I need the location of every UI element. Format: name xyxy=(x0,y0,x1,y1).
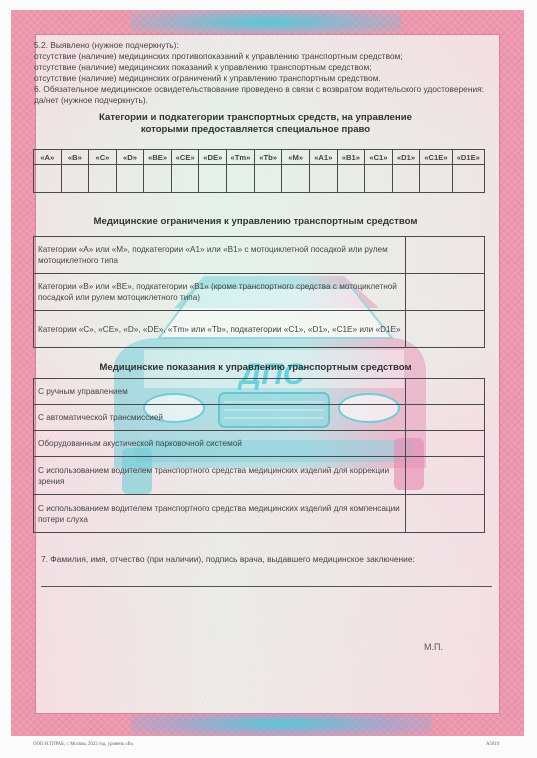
indications-label: С использованием водителем транспортного… xyxy=(34,495,406,533)
category-header: «B1» xyxy=(337,150,365,165)
category-header: «D» xyxy=(116,150,144,165)
category-cell[interactable] xyxy=(254,165,282,193)
category-header: «B» xyxy=(61,150,89,165)
restrictions-value-cell[interactable] xyxy=(405,311,484,348)
restrictions-table: Категории «A» или «M», подкатегории «A1»… xyxy=(33,236,485,348)
category-header: «Tb» xyxy=(254,150,282,165)
categories-title-line2: которыми предоставляется специальное пра… xyxy=(24,124,487,136)
indications-title: Медицинские показания к управлению транс… xyxy=(24,362,487,374)
section-7-text: 7. Фамилия, имя, отчество (при наличии),… xyxy=(41,554,415,565)
indications-value-cell[interactable] xyxy=(405,379,484,405)
category-cell[interactable] xyxy=(420,165,452,193)
restrictions-value-cell[interactable] xyxy=(405,274,484,311)
printer-imprint: ООО Н.ТПРАБ, г. Москва, 2022 год, уровен… xyxy=(33,742,134,747)
restrictions-row: Категории «B» или «BE», подкатегории «B1… xyxy=(34,274,485,311)
category-cell[interactable] xyxy=(337,165,365,193)
medical-certificate-page: 5.2. Выявлено (нужное подчеркнуть): отсу… xyxy=(24,24,487,702)
indications-value-cell[interactable] xyxy=(405,495,484,533)
indications-value-cell[interactable] xyxy=(405,431,484,457)
doctor-signature-line[interactable] xyxy=(41,586,492,587)
category-cell[interactable] xyxy=(144,165,172,193)
indications-line[interactable]: отсутствие (наличие) медицинских показан… xyxy=(34,62,372,73)
category-header: «A1» xyxy=(309,150,337,165)
restrictions-row: Категории «A» или «M», подкатегории «A1»… xyxy=(34,237,485,274)
category-cell[interactable] xyxy=(199,165,227,193)
indications-label: Оборудованным акустической парковочной с… xyxy=(34,431,406,457)
indications-row: С ручным управлением xyxy=(34,379,485,405)
category-cell[interactable] xyxy=(227,165,255,193)
restrictions-row: Категории «C», «CE», «D», «DE», «Tm» или… xyxy=(34,311,485,348)
category-header: «C» xyxy=(89,150,117,165)
indications-row: С использованием водителем транспортного… xyxy=(34,495,485,533)
restrictions-value-cell[interactable] xyxy=(405,237,484,274)
category-header: «M» xyxy=(282,150,310,165)
category-header: «C1E» xyxy=(420,150,452,165)
indications-row: Оборудованным акустической парковочной с… xyxy=(34,431,485,457)
stamp-label: М.П. xyxy=(424,642,443,652)
section-5-2-title: 5.2. Выявлено (нужное подчеркнуть): xyxy=(34,40,179,51)
category-cell[interactable] xyxy=(171,165,199,193)
indications-row: С использованием водителем транспортного… xyxy=(34,457,485,495)
indications-row: С автоматической трансмиссией xyxy=(34,405,485,431)
restrictions-title: Медицинские ограничения к управлению тра… xyxy=(24,216,487,228)
form-code: A5019 xyxy=(486,742,499,747)
category-cell[interactable] xyxy=(116,165,144,193)
categories-title-line1: Категории и подкатегории транспортных ср… xyxy=(24,112,487,124)
categories-table: «A»«B»«C»«D»«BE»«CE»«DE»«Tm»«Tb»«M»«A1»«… xyxy=(33,149,485,193)
indications-label: С ручным управлением xyxy=(34,379,406,405)
category-header: «CE» xyxy=(171,150,199,165)
category-cell[interactable] xyxy=(309,165,337,193)
restrictions-label: Категории «C», «CE», «D», «DE», «Tm» или… xyxy=(34,311,406,348)
category-header: «BE» xyxy=(144,150,172,165)
indications-label: С использованием водителем транспортного… xyxy=(34,457,406,495)
category-header: «C1» xyxy=(365,150,393,165)
category-cell[interactable] xyxy=(61,165,89,193)
category-header: «A» xyxy=(34,150,62,165)
restrictions-line[interactable]: отсутствие (наличие) медицинских огранич… xyxy=(34,73,381,84)
category-header: «DE» xyxy=(199,150,227,165)
category-cell[interactable] xyxy=(89,165,117,193)
restrictions-label: Категории «A» или «M», подкатегории «A1»… xyxy=(34,237,406,274)
category-cell[interactable] xyxy=(392,165,420,193)
category-header: «Tm» xyxy=(227,150,255,165)
restrictions-label: Категории «B» или «BE», подкатегории «B1… xyxy=(34,274,406,311)
indications-label: С автоматической трансмиссией xyxy=(34,405,406,431)
indications-value-cell[interactable] xyxy=(405,405,484,431)
category-cell[interactable] xyxy=(452,165,484,193)
section-6-options[interactable]: да/нет (нужное подчеркнуть). xyxy=(34,95,148,106)
category-cell[interactable] xyxy=(365,165,393,193)
indications-table: С ручным управлениемС автоматической тра… xyxy=(33,378,485,533)
category-header: «D1» xyxy=(392,150,420,165)
section-6-text: 6. Обязательное медицинское освидетельст… xyxy=(34,84,484,95)
category-header: «D1E» xyxy=(452,150,484,165)
category-cell[interactable] xyxy=(282,165,310,193)
indications-value-cell[interactable] xyxy=(405,457,484,495)
category-cell[interactable] xyxy=(34,165,62,193)
contraindications-line[interactable]: отсутствие (наличие) медицинских противо… xyxy=(34,51,403,62)
